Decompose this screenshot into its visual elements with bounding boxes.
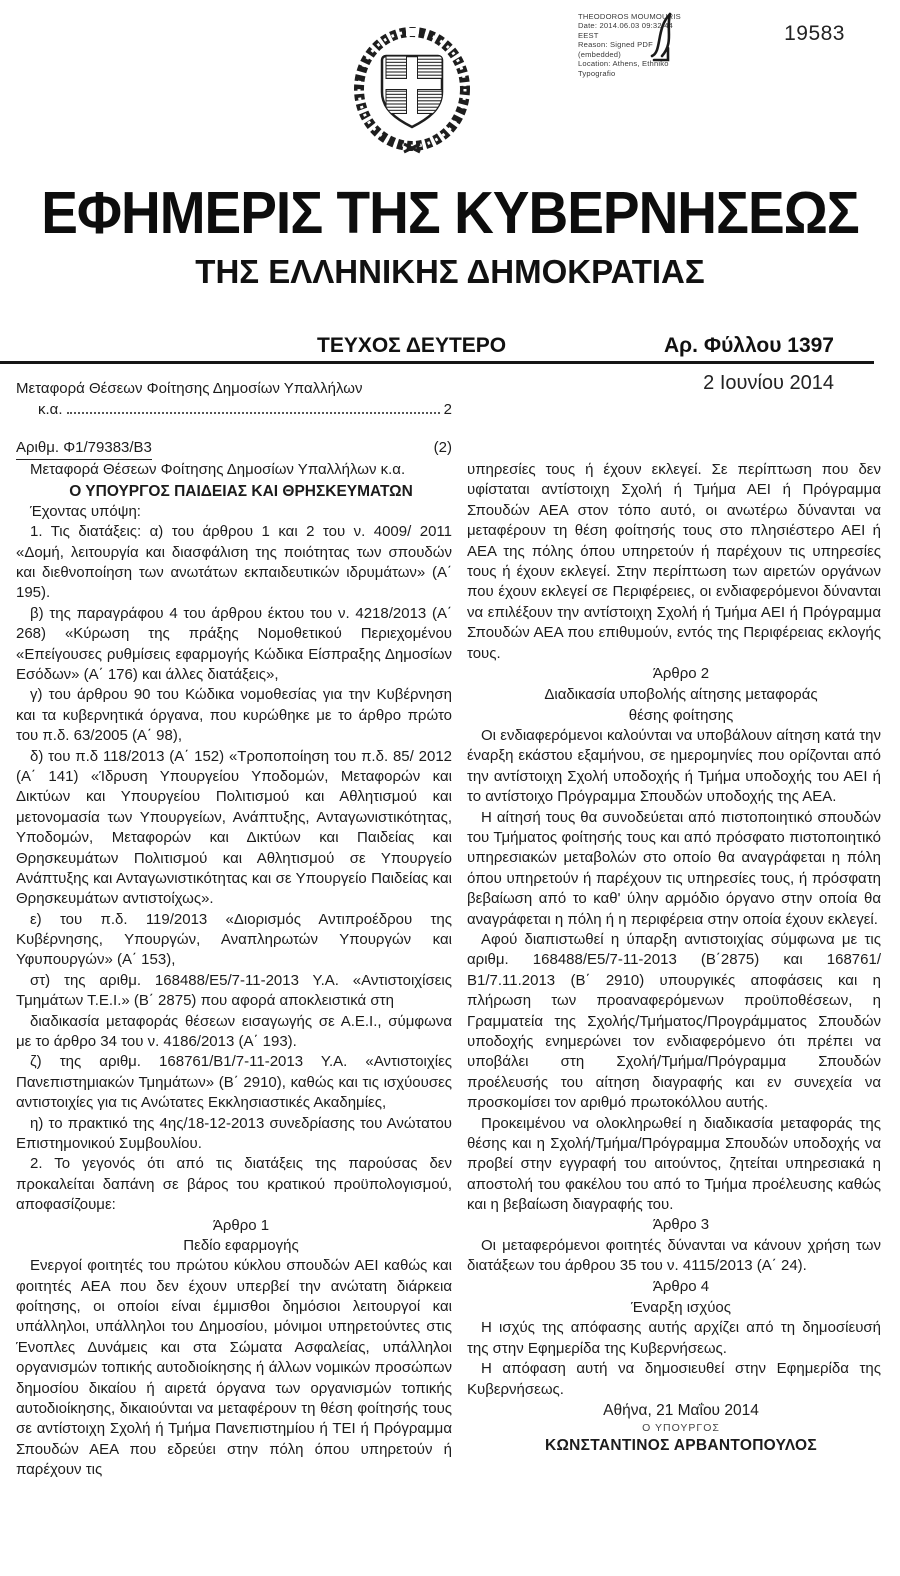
- stamp-line: (embedded): [578, 50, 746, 59]
- toc-page-ref: 2: [444, 399, 452, 420]
- issue-number: Αρ. Φύλλου 1397: [664, 334, 834, 358]
- issuing-authority: Ο ΥΠΟΥΡΓΟΣ ΠΑΙΔΕΙΑΣ ΚΑΙ ΘΡΗΣΚΕΥΜΑΤΩΝ: [16, 481, 452, 502]
- gazette-page: THEODOROS MOUMOURIS Date: 2014.06.03 09:…: [0, 0, 900, 1576]
- digital-signature-stamp: THEODOROS MOUMOURIS Date: 2014.06.03 09:…: [578, 12, 746, 78]
- stamp-line: Date: 2014.06.03 09:32:44: [578, 21, 746, 30]
- stamp-line: Location: Athens, Ethniko: [578, 59, 746, 68]
- issue-date: 2 Ιουνίου 2014: [703, 372, 834, 395]
- signature-block: Αθήνα, 21 Μαΐου 2014 Ο ΥΠΟΥΡΓΟΣ ΚΩΝΣΤΑΝΤ…: [467, 1400, 881, 1456]
- article-1-subtitle: Πεδίο εφαρμογής: [16, 1236, 452, 1256]
- body-paragraph: ε) του π.δ. 119/2013 «Διορισμός Αντιπροέ…: [16, 910, 452, 971]
- signer-role: Ο ΥΠΟΥΡΓΟΣ: [467, 1421, 881, 1435]
- stamp-line: Reason: Signed PDF: [578, 40, 746, 49]
- right-column: υπηρεσίες τους ή έχουν εκλεγεί. Σε περίπ…: [467, 460, 881, 1456]
- stamp-line: Typografio: [578, 69, 746, 78]
- stamp-line: THEODOROS MOUMOURIS: [578, 12, 746, 21]
- article-2-subtitle-line2: θέσης φοίτησης: [467, 706, 881, 726]
- body-paragraph: 2. Το γεγονός ότι από τις διατάξεις της …: [16, 1154, 452, 1215]
- body-paragraph: β) της παραγράφου 4 του άρθρου έκτου του…: [16, 604, 452, 686]
- body-paragraph: Η ισχύς της απόφασης αυτής αρχίζει από τ…: [467, 1318, 881, 1359]
- left-column: Αριθμ. Φ1/79383/Β3 (2) Μεταφορά Θέσεων Φ…: [16, 438, 452, 1481]
- body-paragraph: Προκειμένου να ολοκληρωθεί η διαδικασία …: [467, 1114, 881, 1216]
- issue-type: ΤΕΥΧΟΣ ΔΕΥΤΕΡΟ: [317, 334, 506, 358]
- body-paragraph: Η αίτησή τους θα συνοδεύεται από πιστοπο…: [467, 808, 881, 930]
- body-paragraph: γ) του άρθρου 90 του Κώδικα νομοθεσίας γ…: [16, 685, 452, 746]
- body-paragraph: Έχοντας υπόψη:: [16, 502, 452, 522]
- decision-ref: (2): [434, 438, 452, 458]
- article-4-title: Άρθρο 4: [467, 1277, 881, 1297]
- body-paragraph: ζ) της αριθμ. 168761/Β1/7-11-2013 Υ.Α. «…: [16, 1052, 452, 1113]
- greek-coat-of-arms-icon: [346, 26, 478, 161]
- toc-entry-line2: κ.α. 2: [16, 399, 452, 420]
- decision-subject: Μεταφορά Θέσεων Φοίτησης Δημοσίων Υπαλλή…: [16, 460, 452, 480]
- article-1-title: Άρθρο 1: [16, 1216, 452, 1236]
- gazette-title: ΕΦΗΜΕΡΙΣ ΤΗΣ ΚΥΒΕΡΝΗΣΕΩΣ: [0, 178, 900, 247]
- article-4-subtitle: Έναρξη ισχύος: [467, 1298, 881, 1318]
- body-paragraph: στ) της αριθμ. 168488/Ε5/7-11-2013 Υ.Α. …: [16, 971, 452, 1012]
- table-of-contents: Μεταφορά Θέσεων Φοίτησης Δημοσίων Υπαλλή…: [16, 378, 452, 420]
- decision-header: Αριθμ. Φ1/79383/Β3 (2): [16, 438, 452, 460]
- signature-place-date: Αθήνα, 21 Μαΐου 2014: [467, 1400, 881, 1421]
- article-1-body: Ενεργοί φοιτητές του πρώτου κύκλου σπουδ…: [16, 1256, 452, 1480]
- body-paragraph: δ) του π.δ 118/2013 (Α΄ 152) «Τροποποίησ…: [16, 747, 452, 910]
- body-paragraph: Αφού διαπιστωθεί η ύπαρξη αντιστοιχίας σ…: [467, 930, 881, 1114]
- page-number: 19583: [784, 22, 845, 46]
- body-paragraph: Οι ενδιαφερόμενοι καλούνται να υποβάλουν…: [467, 726, 881, 808]
- body-paragraph: η) το πρακτικό της 4ης/18-12-2013 συνεδρ…: [16, 1114, 452, 1155]
- stamp-line: EEST: [578, 31, 746, 40]
- gazette-subtitle: ΤΗΣ ΕΛΛΗΝΙΚΗΣ ΔΗΜΟΚΡΑΤΙΑΣ: [0, 253, 900, 291]
- toc-dot-leader: [67, 400, 440, 414]
- article-3-title: Άρθρο 3: [467, 1215, 881, 1235]
- masthead-rule: [0, 361, 874, 364]
- toc-entry-continuation: κ.α.: [38, 399, 63, 420]
- article-3-body: Οι μεταφερόμενοι φοιτητές δύνανται να κά…: [467, 1236, 881, 1277]
- article-2-title: Άρθρο 2: [467, 664, 881, 684]
- signer-name: ΚΩΝΣΤΑΝΤΙΝΟΣ ΑΡΒΑΝΤΟΠΟΥΛΟΣ: [467, 1435, 881, 1456]
- continuation-paragraph: υπηρεσίες τους ή έχουν εκλεγεί. Σε περίπ…: [467, 460, 881, 664]
- body-paragraph: 1. Τις διατάξεις: α) του άρθρου 1 και 2 …: [16, 522, 452, 604]
- body-paragraph: Η απόφαση αυτή να δημοσιευθεί στην Εφημε…: [467, 1359, 881, 1400]
- decision-number: Αριθμ. Φ1/79383/Β3: [16, 438, 152, 460]
- toc-entry-line1: Μεταφορά Θέσεων Φοίτησης Δημοσίων Υπαλλή…: [16, 378, 452, 399]
- body-paragraph: διαδικασία μεταφοράς θέσεων εισαγωγής σε…: [16, 1012, 452, 1053]
- article-2-subtitle-line1: Διαδικασία υποβολής αίτησης μεταφοράς: [467, 685, 881, 705]
